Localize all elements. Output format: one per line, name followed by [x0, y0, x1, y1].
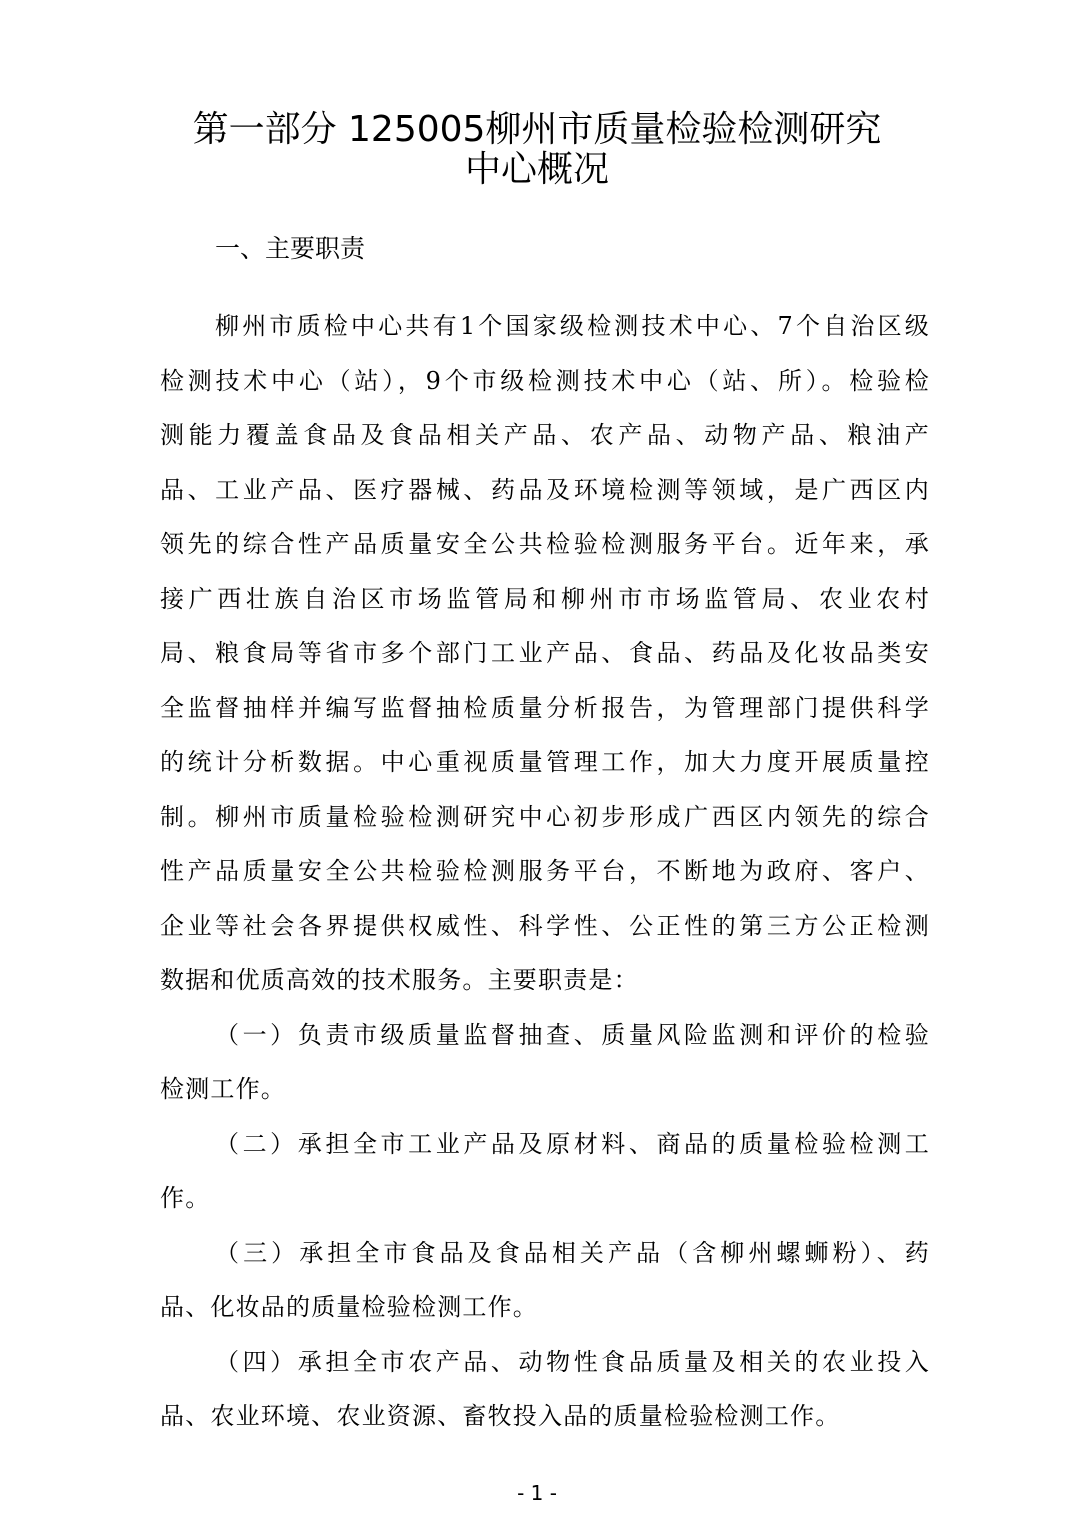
text-line: 全监督抽样并编写监督抽检质量分析报告，为管理部门提供科学: [160, 693, 930, 723]
text-line: 检测工作。: [160, 1074, 930, 1104]
document-page: 第一部分 125005柳州市质量检验检测研究 中心概况 一、主要职责 柳州市质检…: [0, 0, 1074, 1520]
text-line: 制。柳州市质量检验检测研究中心初步形成广西区内领先的综合: [160, 802, 930, 832]
text-line: 检测技术中心（站），9个市级检测技术中心（站、所）。检验检: [160, 366, 930, 396]
text-line: 测能力覆盖食品及食品相关产品、农产品、动物产品、粮油产: [160, 420, 930, 450]
text-line: 柳州市质检中心共有1个国家级检测技术中心、7个自治区级: [215, 311, 930, 341]
text-line: （三）承担全市食品及食品相关产品（含柳州螺蛳粉）、药: [215, 1238, 930, 1268]
text-line: 品、工业产品、医疗器械、药品及环境检测等领域，是广西区内: [160, 475, 930, 505]
page-title-line-2: 中心概况: [0, 150, 1074, 190]
text-line: （一）负责市级质量监督抽查、质量风险监测和评价的检验: [215, 1020, 930, 1050]
text-line: （二）承担全市工业产品及原材料、商品的质量检验检测工: [215, 1129, 930, 1159]
text-line: 数据和优质高效的技术服务。主要职责是：: [160, 965, 930, 995]
text-line: 性产品质量安全公共检验检测服务平台，不断地为政府、客户、: [160, 856, 930, 886]
text-line: （四）承担全市农产品、动物性食品质量及相关的农业投入: [215, 1347, 930, 1377]
text-line: 接广西壮族自治区市场监管局和柳州市市场监管局、农业农村: [160, 584, 930, 614]
text-line: 领先的综合性产品质量安全公共检验检测服务平台。近年来，承: [160, 529, 930, 559]
section-heading-main-duties: 一、主要职责: [215, 233, 365, 265]
text-line: 局、粮食局等省市多个部门工业产品、食品、药品及化妆品类安: [160, 638, 930, 668]
text-line: 品、农业环境、农业资源、畜牧投入品的质量检验检测工作。: [160, 1401, 930, 1431]
text-line: 的统计分析数据。中心重视质量管理工作，加大力度开展质量控: [160, 747, 930, 777]
text-line: 品、化妆品的质量检验检测工作。: [160, 1292, 930, 1322]
text-line: 企业等社会各界提供权威性、科学性、公正性的第三方公正检测: [160, 911, 930, 941]
text-line: 作。: [160, 1183, 930, 1213]
page-title-line-1: 第一部分 125005柳州市质量检验检测研究: [0, 110, 1074, 150]
page-number: - 1 -: [0, 1480, 1074, 1506]
